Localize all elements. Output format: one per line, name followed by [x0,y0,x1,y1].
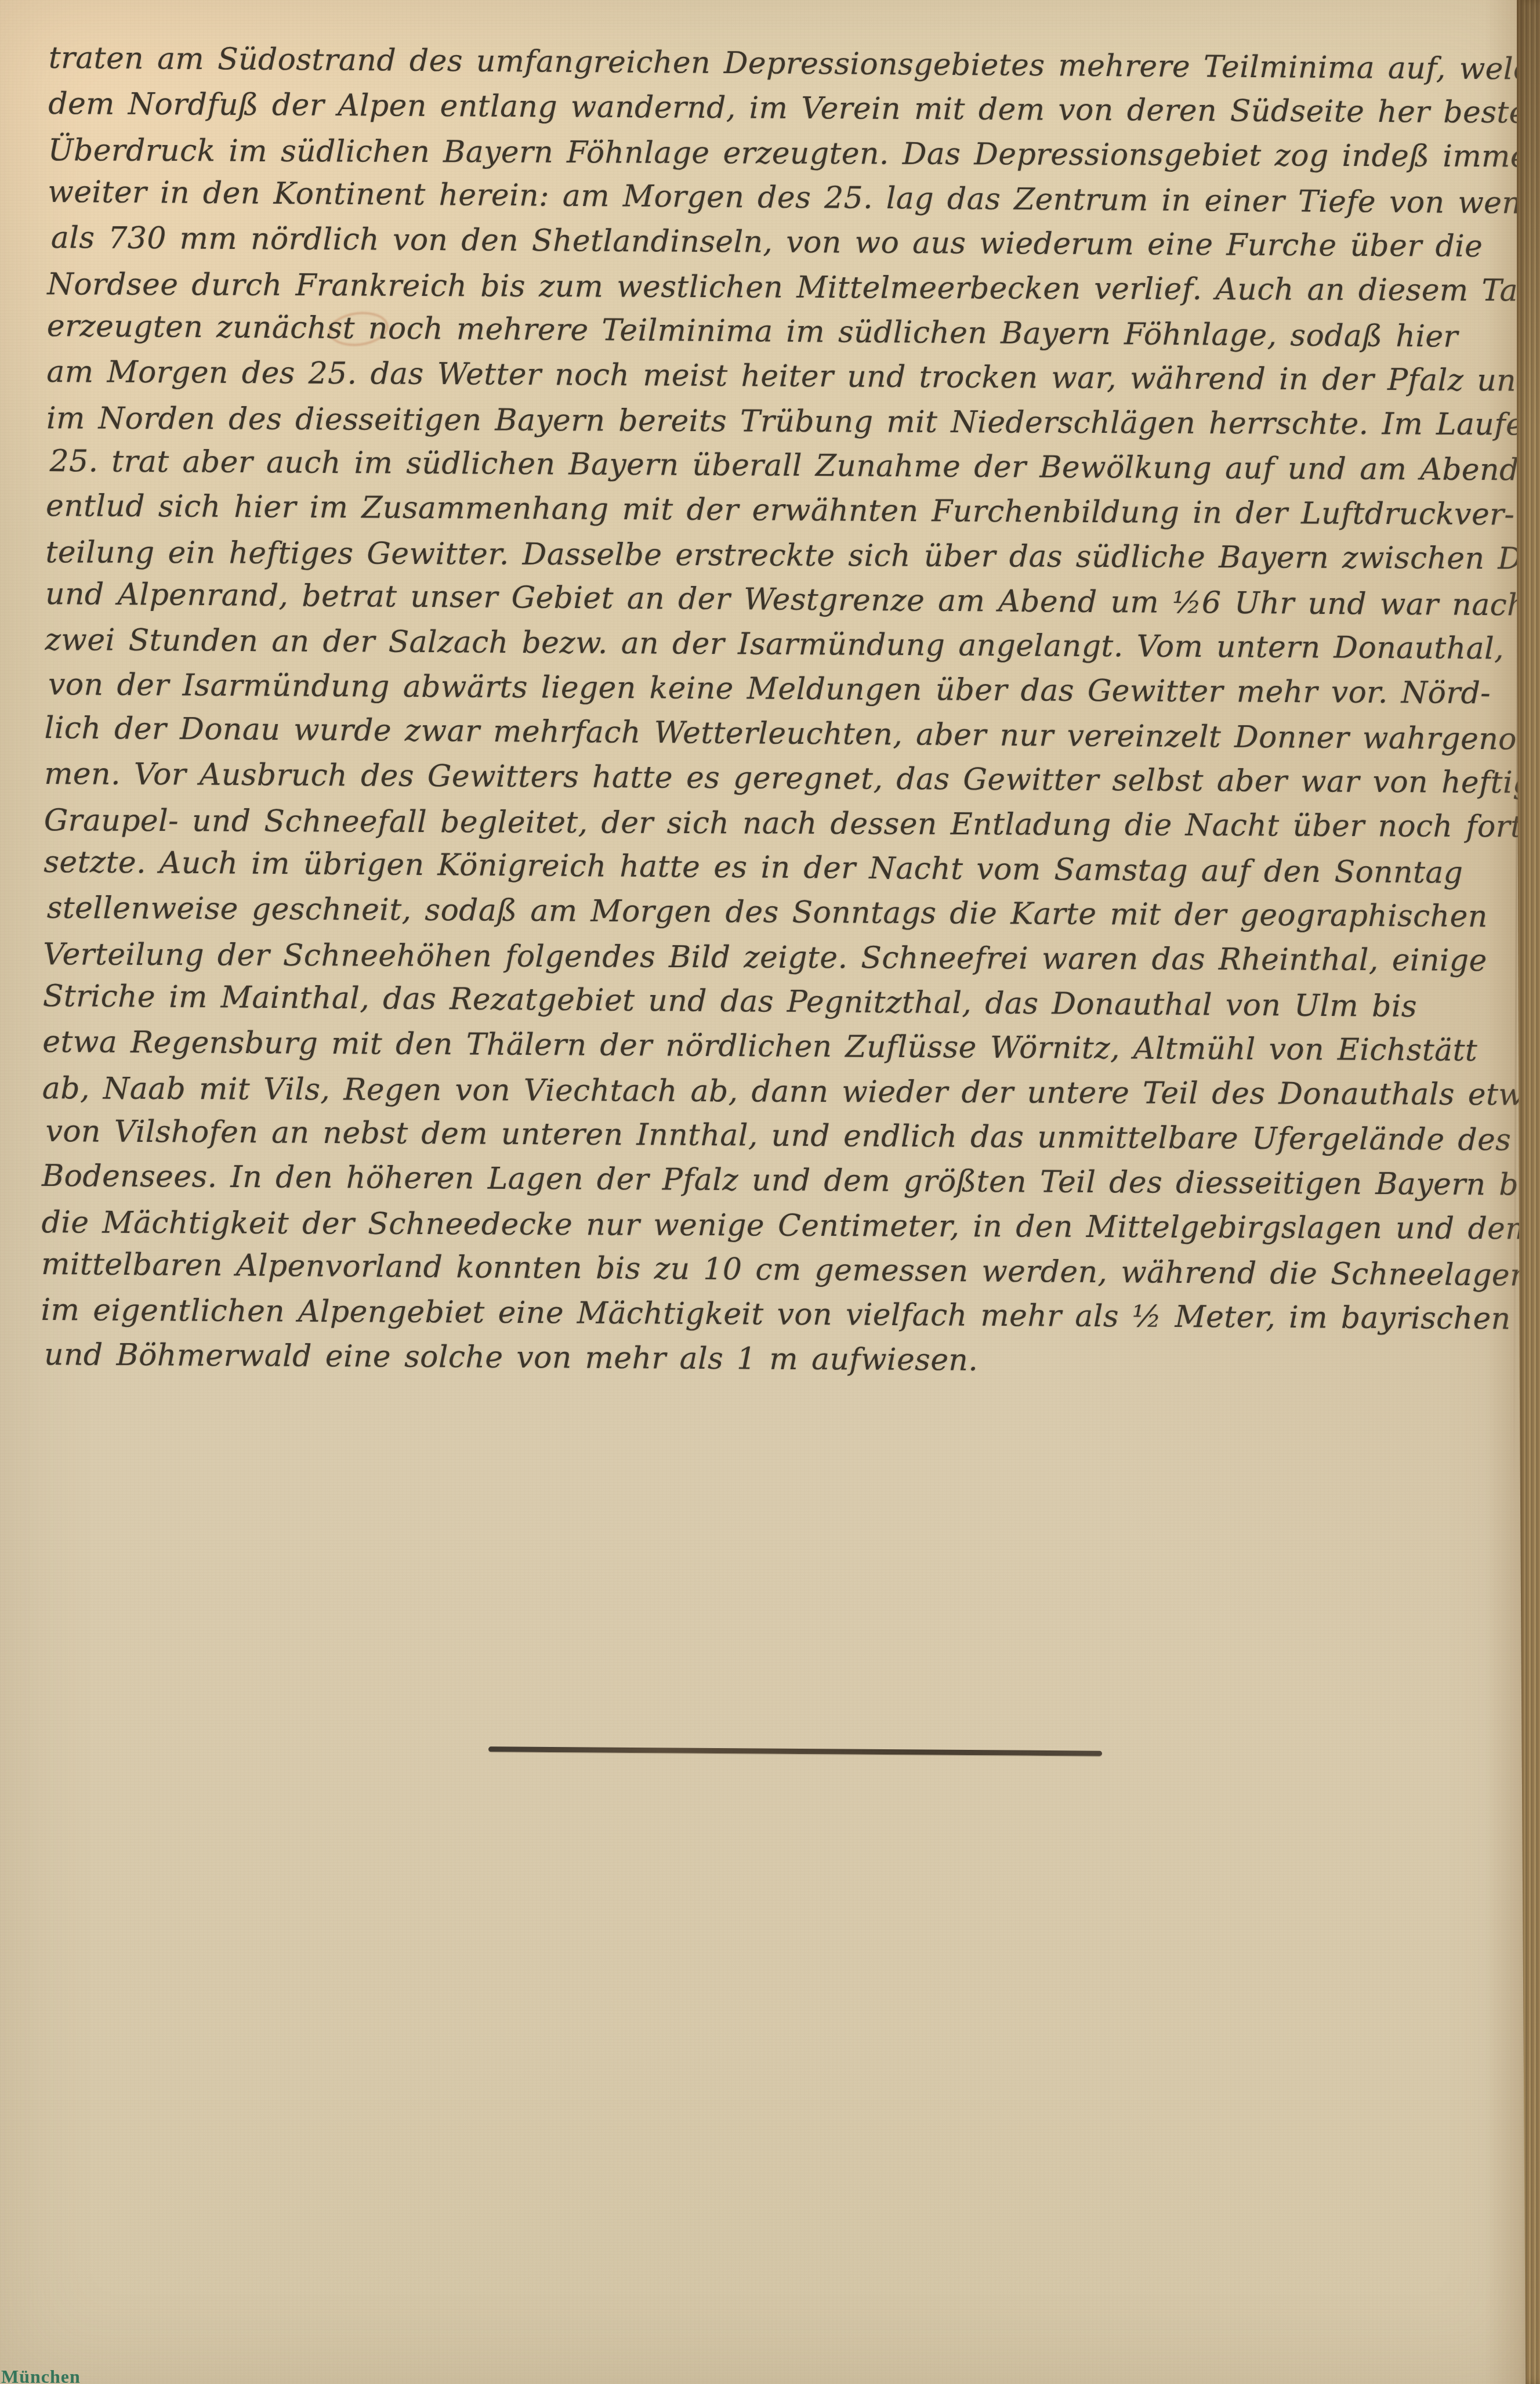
separator-rule [488,1746,1102,1756]
manuscript-line: stellenweise geschneit, sodaß am Morgen … [47,886,1523,940]
manuscript-lines: traten am Südostrand des umfangreichen D… [41,37,1525,1387]
manuscript-line: und Böhmerwald eine solche von mehr als … [44,1333,1520,1387]
manuscript-line: als 730 mm nördlich von den Shetlandinse… [51,216,1527,270]
manuscript-line: entlud sich hier im Zusammenhang mit der… [46,484,1522,538]
manuscript-line: 25. trat aber auch im südlichen Bayern ü… [49,439,1525,493]
manuscript-page: traten am Südostrand des umfangreichen D… [0,0,1540,2384]
book-page-edges [1517,0,1540,2384]
manuscript-line: von Vilshofen an nebst dem unteren Innth… [45,1109,1521,1163]
muenchen-imprint: München [1,2367,81,2384]
manuscript-line: im Norden des diesseitigen Bayern bereit… [46,396,1523,447]
manuscript-line: Bodensees. In den höheren Lagen der Pfal… [42,1154,1518,1208]
manuscript-text-block: traten am Südostrand des umfangreichen D… [41,37,1525,1387]
manuscript-line: ab, Naab mit Vils, Regen von Viechtach a… [42,1066,1519,1117]
